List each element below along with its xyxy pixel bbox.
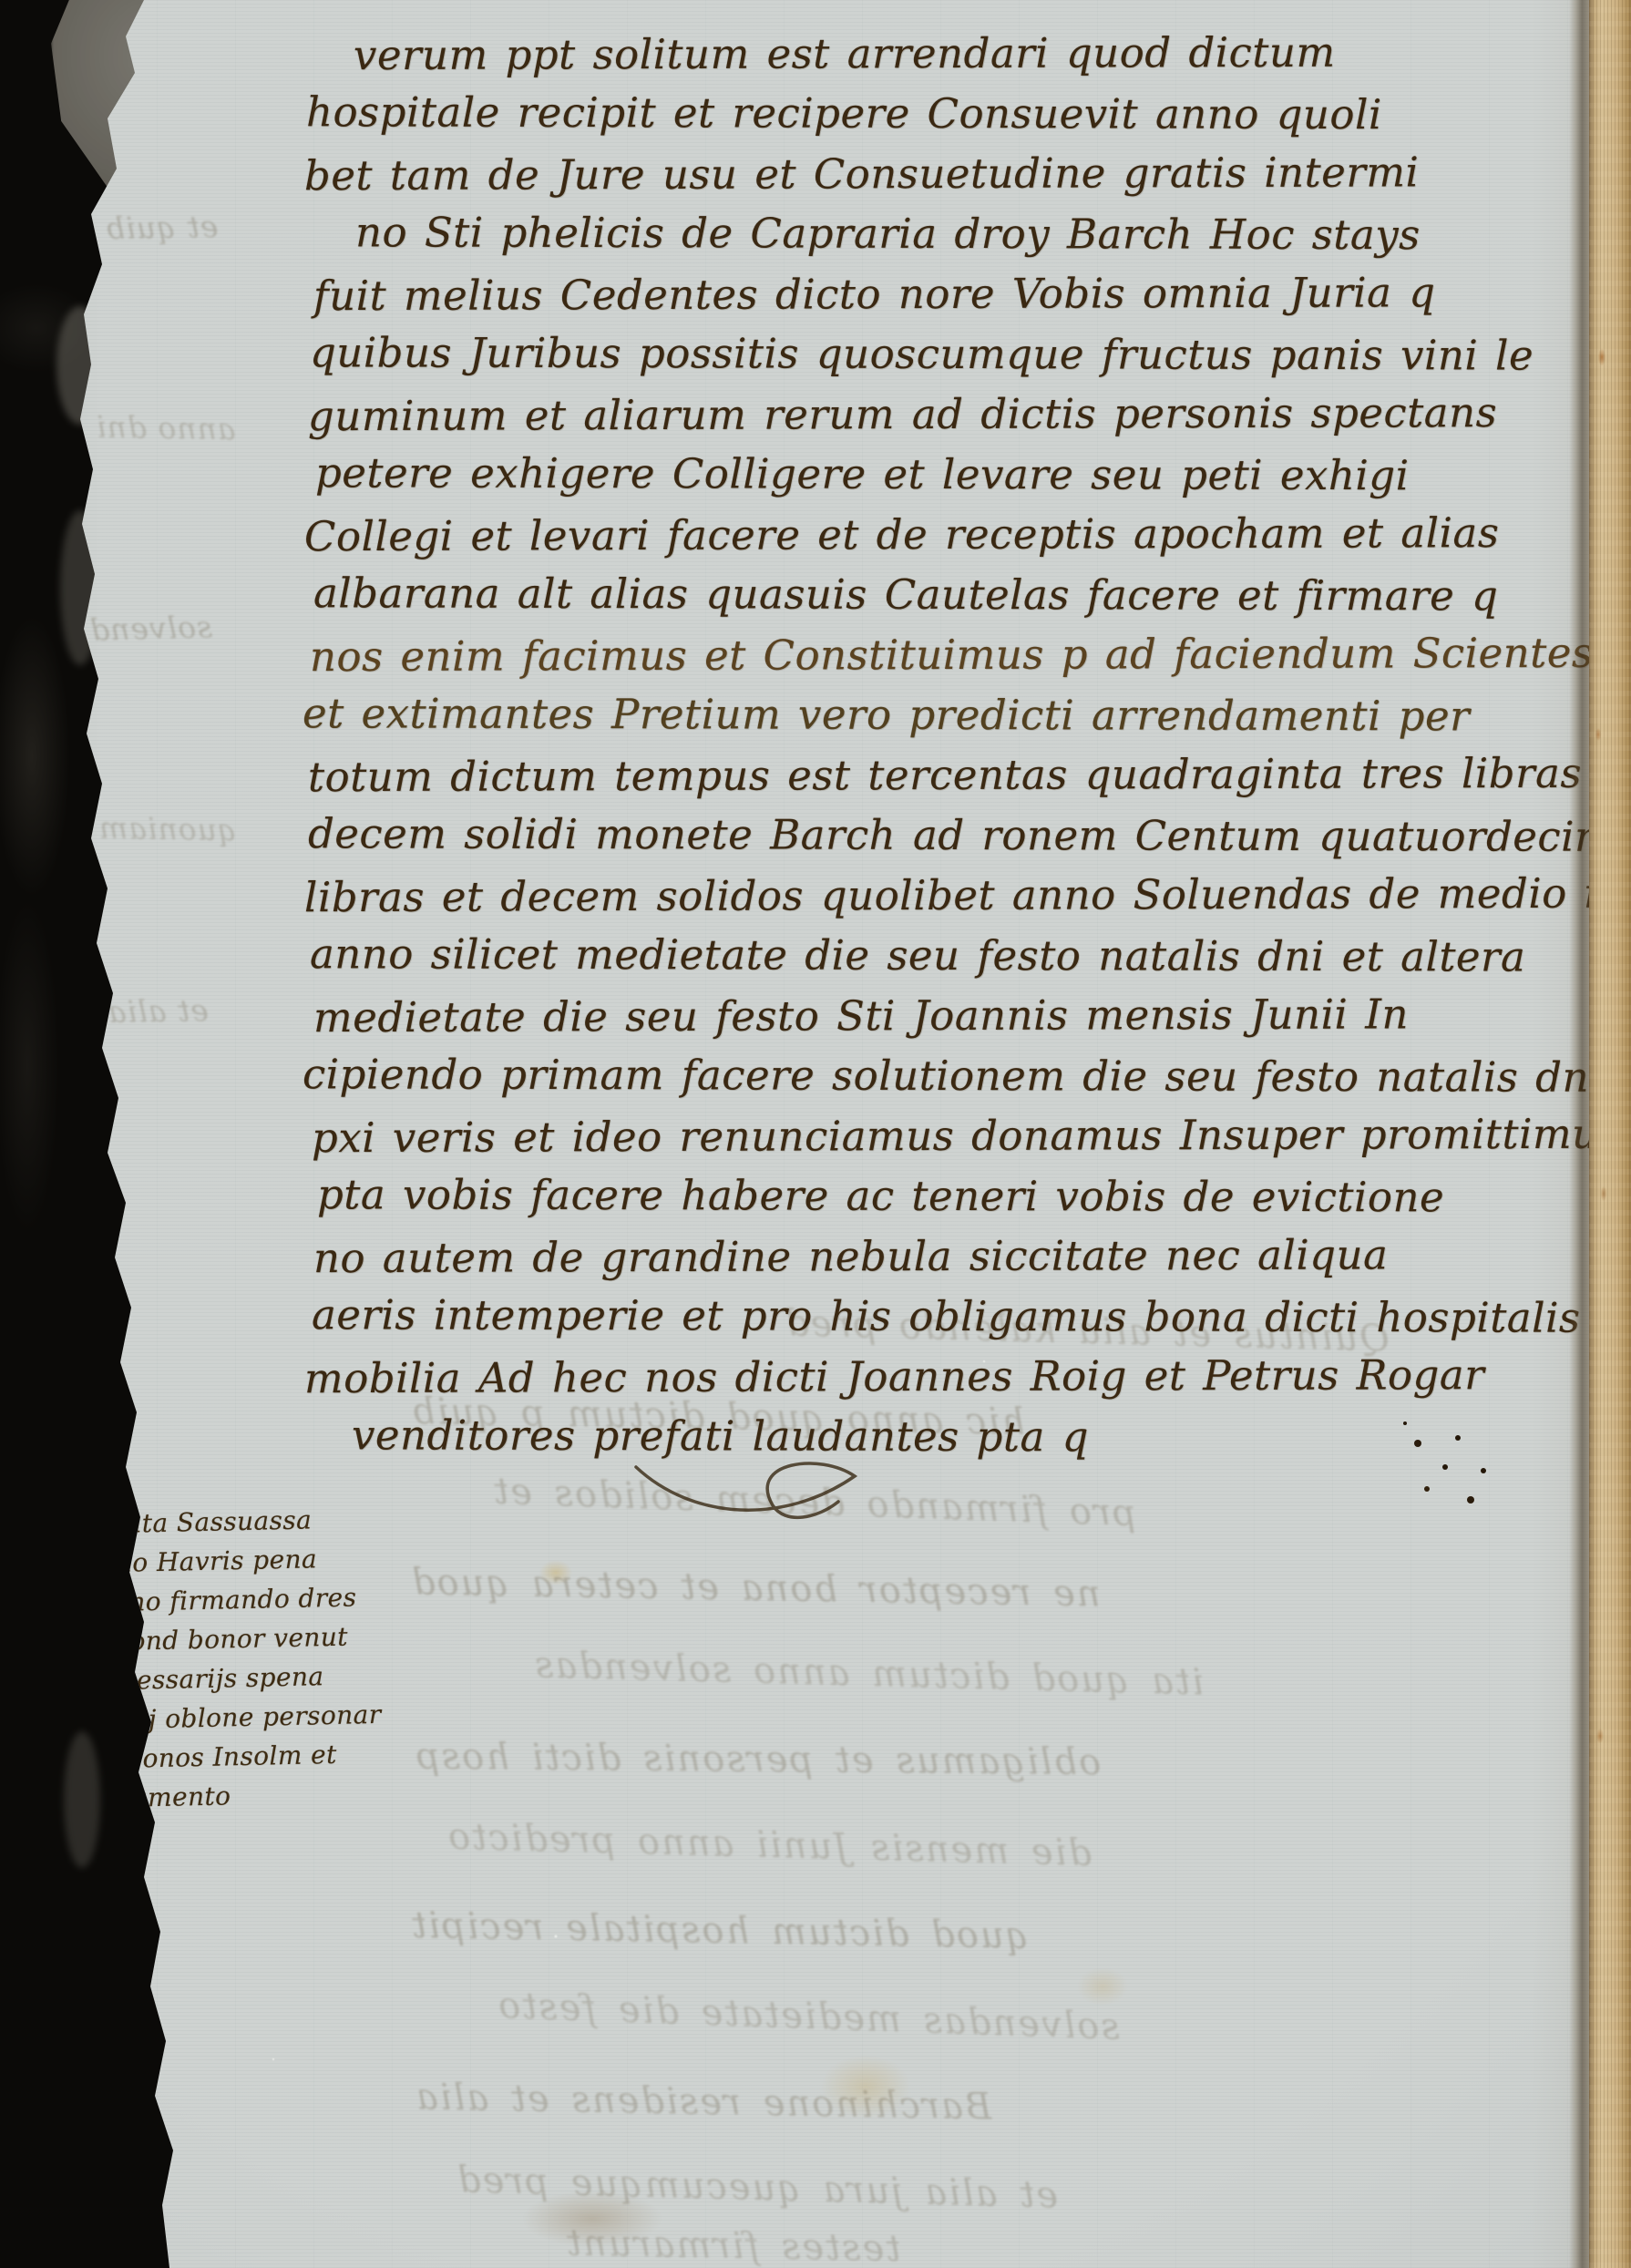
main-text-line: mobilia Ad hec nos dicti Joannes Roig et… (304, 1345, 1578, 1409)
main-text-line: verum ppt solitum est arrendari quod dic… (354, 22, 1578, 86)
gutter-crease (1569, 0, 1589, 2268)
bleed-through-line: Barchinone residens et alia (415, 2076, 992, 2128)
main-text-line: guminum et aliarum rerum ad dictis perso… (308, 383, 1578, 446)
main-text-line: totum dictum tempus est tercentas quadra… (308, 744, 1578, 807)
bleed-through-line: ne receptor bona et cetera quod (410, 1561, 1101, 1615)
main-text-line: no Sti phelicis de Capraria droy Barch H… (355, 202, 1578, 265)
main-text-line: aeris intemperie et pro his obligamus bo… (312, 1285, 1578, 1348)
main-text-line: bet tam de Jure usu et Consuetudine grat… (304, 142, 1578, 206)
main-text-line: albarana alt alias quasuis Cautelas face… (313, 563, 1578, 626)
main-text-line: et extimantes Pretium vero predicti arre… (303, 683, 1578, 746)
bleed-through-line: solvendas medietate die festo (496, 1985, 1120, 2048)
bleed-through-line: ita quod dictum anno solvendas (533, 1644, 1205, 1703)
main-text-block: verum ppt solitum est arrendari quod dic… (303, 24, 1578, 1467)
main-text-line: hospitale recipit et recipere Consuevit … (306, 82, 1578, 145)
main-text-line: fuit melius Cedentes dicto nore Vobis om… (313, 262, 1578, 326)
main-text-line: pxi veris et ideo renunciamus donamus In… (312, 1104, 1578, 1168)
manuscript-scan: et quib anno dni solvend quoniam et alia… (0, 0, 1631, 2268)
bleed-through-line: obligamus et personis dicti hosp (415, 1736, 1102, 1784)
bleed-through-line: quoniam (98, 810, 238, 848)
main-text-line: no autem de grandine nebula siccitate ne… (313, 1225, 1578, 1288)
page-edge-strip (1589, 0, 1631, 2268)
main-text-line: medietate die seu festo Sti Joannis mens… (313, 984, 1578, 1048)
main-text-line: anno silicet medietate die seu festo nat… (310, 924, 1578, 987)
main-text-line: Collegi et levari facere et de receptis … (304, 503, 1578, 567)
bleed-through-line: testes firmarunt (565, 2222, 901, 2268)
ink-specks (1403, 1421, 1407, 1425)
bleed-through-line: solvend (89, 609, 213, 648)
main-text-line: pta vobis facere habere ac teneri vobis … (317, 1165, 1578, 1227)
manuscript-page: et quib anno dni solvend quoniam et alia… (0, 0, 1631, 2268)
main-text-line: quibus Juribus possitis quoscumque fruct… (310, 323, 1578, 385)
bleed-through-line: et quib (105, 209, 219, 246)
main-text-line: cipiendo primam facere solutionem die se… (303, 1044, 1578, 1107)
pen-flourish (629, 1454, 884, 1527)
main-text-line: venditores prefati laudantes pta q (352, 1405, 1578, 1468)
bleed-through-line: anno dni (96, 409, 236, 447)
torn-edge-fiber (64, 1731, 100, 1868)
main-text-line: nos enim facimus et Constituimus p ad fa… (310, 623, 1578, 687)
main-text-line: petere exhigere Colligere et levare seu … (315, 443, 1578, 506)
bleed-through-line: quod dictum hospitale recipit (410, 1904, 1030, 1957)
bleed-through-line: die mensis Junii anno predicto (446, 1816, 1092, 1875)
bleed-through-line: et alia jura quecumque pred (456, 2159, 1059, 2216)
main-text-line: libras et decem solidos quolibet anno So… (304, 864, 1578, 928)
main-text-line: decem solidi monete Barch ad ronem Centu… (308, 804, 1578, 867)
bleed-through-line: et alia (108, 992, 209, 1030)
